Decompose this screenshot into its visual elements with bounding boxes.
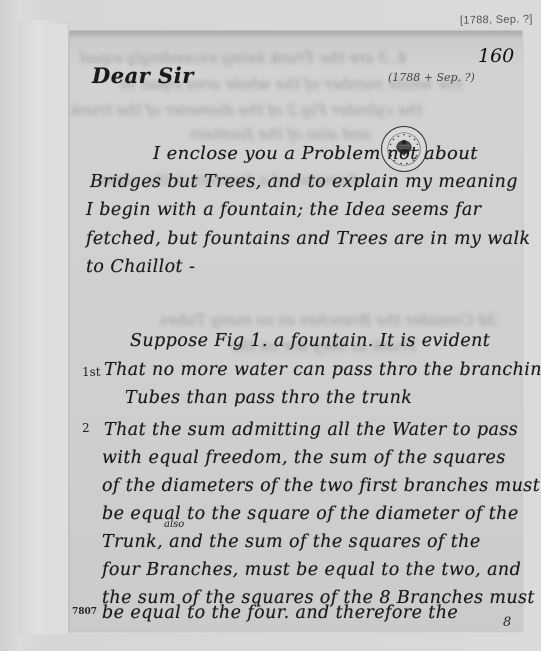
folio-number: 160 [478,45,514,67]
letter-line: Suppose Fig 1. a fountain. It is evident [130,331,490,351]
letter-line: I enclose you a Problem not about [153,143,478,164]
letter-line: to Chaillot - [86,257,195,277]
letter-line: with equal freedom, the sum of the squar… [102,448,506,468]
letter-line: Tubes than pass thro the trunk [125,388,412,408]
bleed-through-line: and also of the fountain [190,125,370,143]
letter-line: Bridges but Trees, and to explain my mea… [90,172,518,192]
page-top-shadow [70,31,522,39]
letter-line: be equal to the four. and therefore the [102,603,458,623]
letter-line: four Branches, must be equal to the two,… [102,560,521,580]
letter-line: Trunk, and the sum of the squares of the [102,532,481,552]
letter-line: fetched, but fountains and Trees are in … [86,229,531,249]
salutation: Dear Sir [92,63,194,88]
date-annotation: (1788 + Sep. ?) [388,71,475,84]
letter-line: That the sum admitting all the Water to … [104,420,518,440]
catalog-number: 7807 [72,607,97,617]
bleed-through-line: 3d Consider the Branches as so many Tube… [160,311,497,329]
insertion-also: also [164,519,184,530]
manuscript-page: 4. 3 are the Trunk being exceedingly equ… [70,31,522,631]
letter-line: That no more water can pass thro the bra… [104,360,541,380]
archive-date-bracket: [1788, Sep. ?] [460,13,533,26]
bleed-through-line: the cylinder Fig 2 of the diameter of th… [70,101,422,119]
letter-line: I begin with a fountain; the Idea seems … [86,200,481,220]
page-number: 8 [503,615,511,630]
binding-edge [50,24,69,634]
letter-line: of the diameters of the two first branch… [102,476,540,496]
item-marker-first: 1st [82,367,101,377]
item-marker-second: 2 [82,423,90,433]
